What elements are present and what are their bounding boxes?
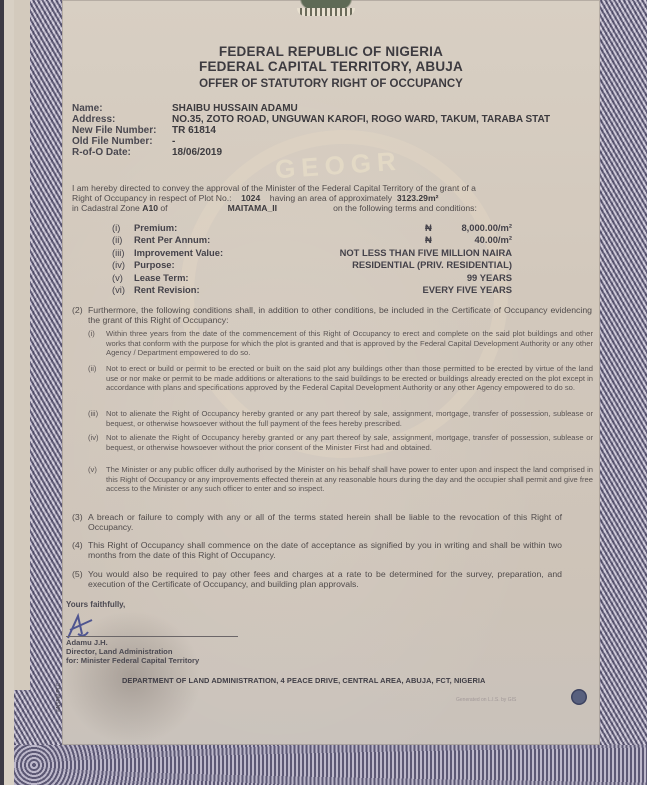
footer-address: DEPARTMENT OF LAND ADMINISTRATION, 4 PEA… — [122, 676, 485, 685]
term-label: Premium: — [134, 222, 177, 233]
condition-2-item-3: (iii)Not to alienate the Right of Occupa… — [88, 409, 593, 428]
term-label: Rent Revision: — [134, 284, 200, 295]
right-guilloche-border — [600, 0, 647, 785]
term-value: 99 YEARS — [467, 272, 512, 284]
condition-5: (5)You would also be required to pay oth… — [72, 569, 562, 589]
plot-area: 3123.29m² — [397, 193, 439, 203]
term-row: (ii)Rent Per Annum:₦40.00/m² — [112, 234, 512, 246]
term-label: Purpose: — [134, 259, 175, 270]
condition-3: (3)A breach or failure to comply with an… — [72, 512, 562, 532]
coat-of-arms-motto-band — [297, 8, 355, 16]
condition-2-item-5: (v)The Minister or any public officer du… — [88, 465, 593, 494]
document-header: FEDERAL REPUBLIC OF NIGERIA FEDERAL CAPI… — [62, 44, 600, 92]
condition-2-item-2: (ii)Not to erect or build or permit to b… — [88, 364, 593, 393]
term-label: Rent Per Annum: — [134, 234, 210, 245]
bottom-guilloche-border — [14, 745, 647, 785]
signer-title: Director, Land Administration — [66, 647, 199, 656]
closing-salutation: Yours faithfully, — [66, 600, 125, 609]
term-label: Improvement Value: — [134, 247, 223, 258]
info-row-name: Name:SHAIBU HUSSAIN ADAMU — [72, 103, 550, 114]
left-margin — [14, 0, 30, 690]
header-territory: FEDERAL CAPITAL TERRITORY, ABUJA — [62, 59, 600, 74]
info-row-rofo-date: R-of-O Date:18/06/2019 — [72, 147, 550, 158]
document-title: OFFER OF STATUTORY RIGHT OF OCCUPANCY — [62, 76, 600, 92]
intro-paragraph: I am hereby directed to convey the appro… — [72, 183, 592, 213]
edge-strip — [0, 0, 14, 785]
signer-name: Adamu J.H. — [66, 638, 199, 647]
term-row: (v)Lease Term:99 YEARS — [112, 272, 512, 284]
signature-line — [66, 636, 238, 637]
info-row-address: Address:NO.35, ZOTO ROAD, UNGUWAN KAROFI… — [72, 114, 550, 125]
term-value: EVERY FIVE YEARS — [423, 284, 512, 296]
header-country: FEDERAL REPUBLIC OF NIGERIA — [62, 44, 600, 59]
naira-currency-icon: ₦ — [425, 234, 432, 246]
term-value: 40.00/m² — [474, 234, 512, 246]
term-row: (iii)Improvement Value:NOT LESS THAN FIV… — [112, 247, 512, 259]
seal-icon — [571, 689, 587, 705]
applicant-info: Name:SHAIBU HUSSAIN ADAMU Address:NO.35,… — [72, 103, 550, 158]
info-row-old-file-number: Old File Number:- — [72, 136, 550, 147]
plot-number: 1024 — [241, 193, 260, 203]
term-value: RESIDENTIAL (PRIV. RESIDENTIAL) — [352, 259, 512, 271]
info-row-new-file-number: New File Number:TR 61814 — [72, 125, 550, 136]
condition-2-item-4: (iv)Not to alienate the Right of Occupan… — [88, 433, 593, 452]
term-row: (vi)Rent Revision:EVERY FIVE YEARS — [112, 284, 512, 296]
condition-4: (4)This Right of Occupancy shall commenc… — [72, 540, 562, 560]
terms-list: (i)Premium:₦8,000.00/m²(ii)Rent Per Annu… — [112, 222, 512, 296]
signer-for: for: Minister Federal Capital Territory — [66, 656, 199, 665]
cadastral-zone: A10 — [142, 203, 158, 213]
signatory-block: Adamu J.H. Director, Land Administration… — [66, 638, 199, 666]
term-row: (iv)Purpose:RESIDENTIAL (PRIV. RESIDENTI… — [112, 259, 512, 271]
term-value: 8,000.00/m² — [461, 222, 512, 234]
term-value: NOT LESS THAN FIVE MILLION NAIRA — [340, 247, 512, 259]
printer-mark: ©NSPM PLC — [56, 683, 62, 712]
stamp-text: Generated on L.I.S. by GIS — [456, 697, 516, 703]
term-label: Lease Term: — [134, 272, 189, 283]
condition-2-item-1: (i)Within three years from the date of t… — [88, 329, 593, 358]
naira-currency-icon: ₦ — [425, 222, 432, 234]
term-row: (i)Premium:₦8,000.00/m² — [112, 222, 512, 234]
condition-2: (2) Furthermore, the following condition… — [72, 305, 592, 325]
district: MAITAMA_II — [228, 203, 278, 213]
